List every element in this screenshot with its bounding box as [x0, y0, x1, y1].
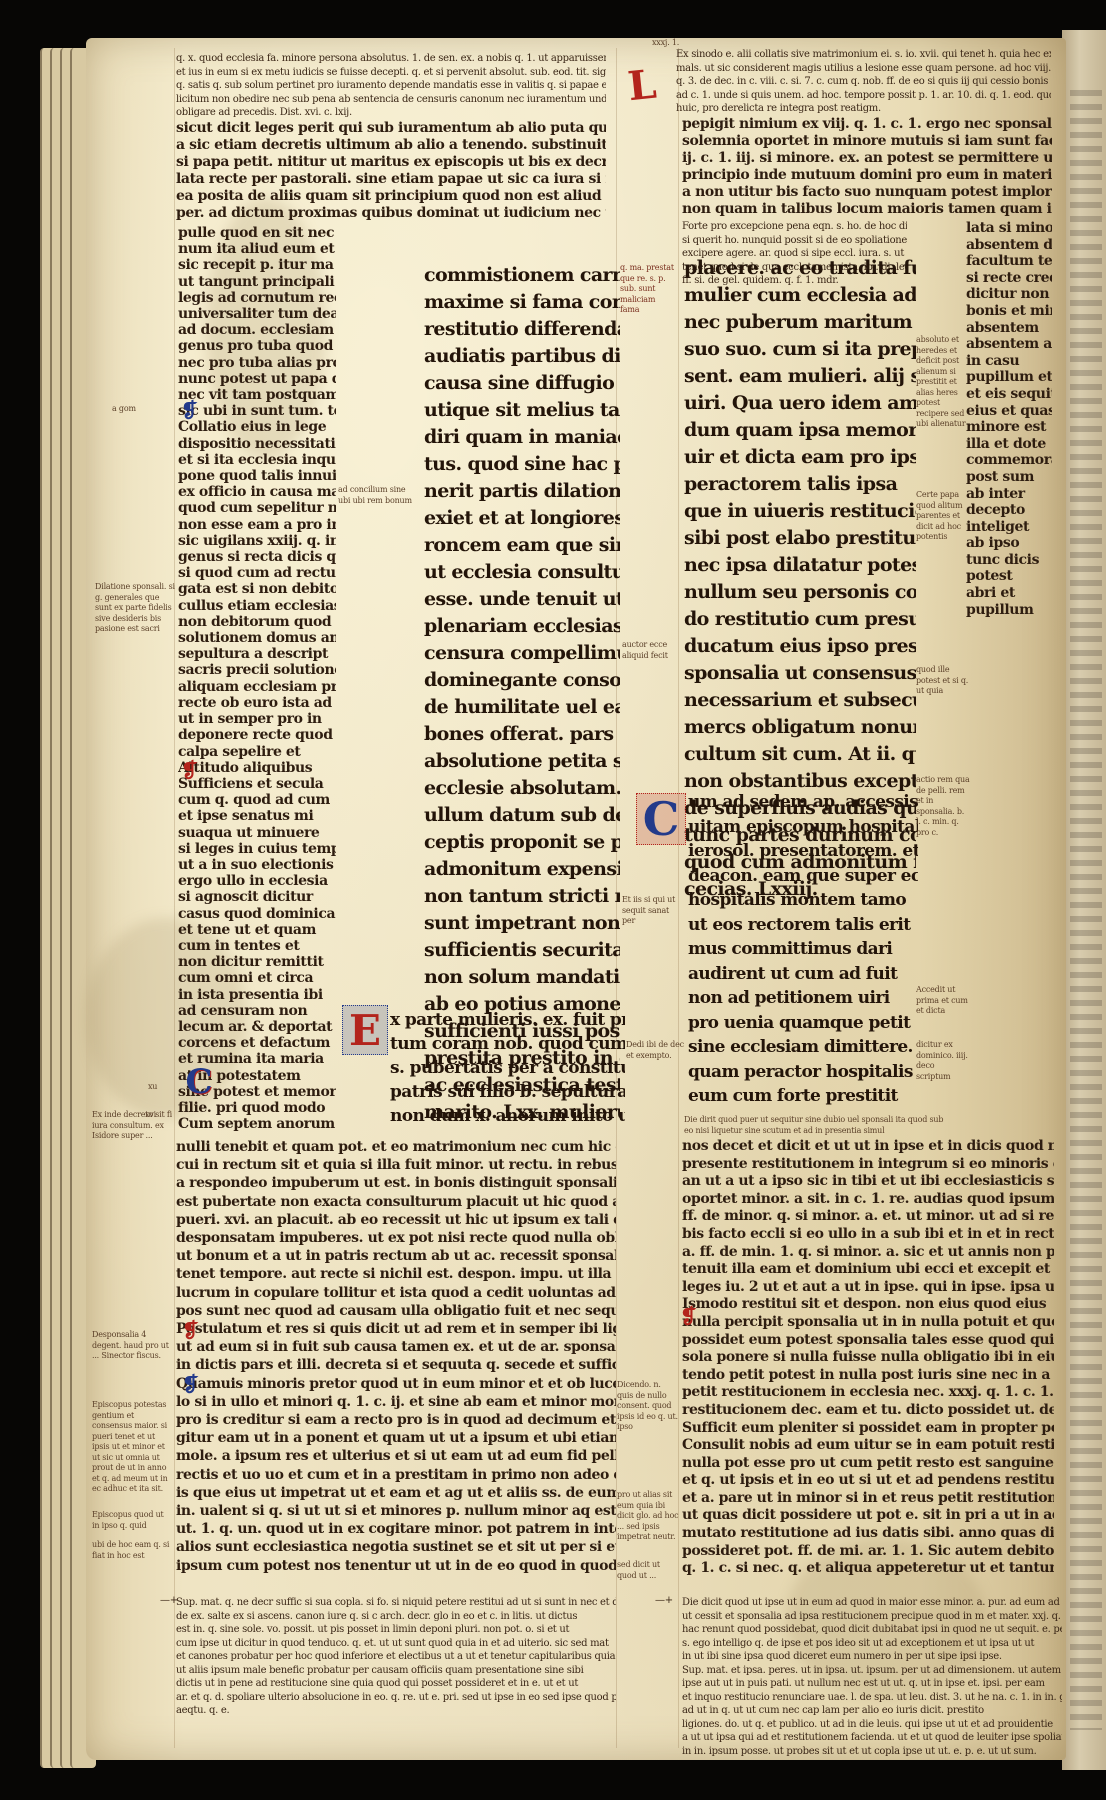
- text-line: Postulatum et res si quis dicit ut ad re…: [176, 1320, 616, 1338]
- text-line: eum cum forte prestitit: [688, 1084, 918, 1109]
- text-line: dum quam ipsa memoria: [684, 417, 916, 444]
- gloss-line: huic, pro derelicta re integra post reat…: [676, 102, 1051, 116]
- text-line: plenariam ecclesiastica censura: [424, 613, 620, 640]
- text-line: audirent ut cum ad fuit: [688, 962, 918, 987]
- text-line: filie. pri quod modo: [178, 1100, 336, 1116]
- text-line: ab ipso: [966, 535, 1052, 552]
- text-line: cultum sit cum. At ii. quis: [684, 741, 916, 768]
- gloss-line: q. 3. de dec. in c. viii. c. si. 7. c. c…: [676, 75, 1051, 89]
- gloss-line: per. ad dictum proximas quibus dominat u…: [176, 205, 606, 222]
- gloss-line: mals. ut sic considerent magis utilius a…: [676, 62, 1051, 76]
- text-line: possidet eum potest sponsalia tales esse…: [682, 1332, 1054, 1350]
- text-line: pupillum: [966, 602, 1052, 619]
- text-line: bones offerat. pars aut ab: [424, 721, 620, 748]
- text-line: nec pro tuba alias pro: [178, 355, 336, 371]
- text-line: pueri. xvi. an placuit. ab eo recessit u…: [176, 1211, 616, 1229]
- left-wide-gloss: sicut dicit leges perit qui sub iurament…: [176, 120, 606, 222]
- margin-gloss: dicitur ex dominico. iiij. deco scriptum: [916, 1040, 971, 1082]
- text-line: ab inter: [966, 486, 1052, 503]
- text-line: dispositio necessitatis de di: [178, 436, 336, 452]
- text-line: et eis sequitur: [966, 386, 1052, 403]
- text-line: Altitudo aliquibus: [178, 760, 336, 776]
- text-line: nunc potest ut papa quod: [178, 371, 336, 387]
- text-line: ut quas dicit possidere ut pot e. sit in…: [682, 1507, 1054, 1525]
- text-line: placere. ac eo tradita fuit eo: [684, 255, 916, 282]
- text-line: inteliget: [966, 519, 1052, 536]
- margin-gloss: q. ma. prestat que re. s. p. sub. sunt m…: [620, 263, 675, 316]
- text-line: eius et quas: [966, 403, 1052, 420]
- text-line: Sufficiens et secula: [178, 776, 336, 792]
- text-line: nec puberum maritum nolens. breuipro: [684, 309, 916, 336]
- text-line: diri quam in maniae aliter impedi: [424, 424, 620, 451]
- text-line: sent. eam mulieri. alij sua prestula: [684, 363, 916, 390]
- facing-page-text: [1070, 90, 1102, 1730]
- text-line: uiri. Qua uero idem ambige: [684, 390, 916, 417]
- text-line: tum coram nob. quod cum est: [390, 1032, 625, 1056]
- text-line: post sum: [966, 469, 1052, 486]
- text-line: ar. et q. d. spoliare ulterio absolucion…: [176, 1691, 616, 1705]
- text-line: suaqua ut minuere: [178, 825, 336, 841]
- text-line: restitucionem dec. eam et tu. dicto poss…: [682, 1402, 1054, 1420]
- lower-gloss-left: nulli tenebit et quam pot. et eo matrimo…: [176, 1138, 616, 1575]
- margin-gloss: quod ille potest et si q. ut quia: [916, 665, 971, 697]
- text-line: peractorem talis ipsa: [684, 471, 916, 498]
- text-line: ex officio in causa matrim: [178, 484, 336, 500]
- text-line: mulier cum ecclesia ad nubilem: [684, 282, 916, 309]
- margin-note: Episcopus quod ut in ipso q. quid: [92, 1510, 172, 1531]
- text-line: casus quod dominica: [178, 906, 336, 922]
- gloss-line: ij. c. 1. iij. si minore. ex. an potest …: [682, 150, 1052, 167]
- text-line: calpa sepelire et: [178, 744, 336, 760]
- text-line: commemora: [966, 452, 1052, 469]
- text-line: lecum ar. & deportat: [178, 1019, 336, 1035]
- initial-c-decorated: C: [636, 793, 686, 845]
- text-line: et tene ut et quam: [178, 922, 336, 938]
- text-line: utique sit melius taliter expe: [424, 397, 620, 424]
- margin-gloss: Accedit ut prima et cum et dicta: [916, 985, 971, 1017]
- text-line: ut ad eum si in fuit sub causa tamen ex.…: [176, 1338, 616, 1356]
- text-line: et si ita ecclesia inquisitio: [178, 452, 336, 468]
- margin-gloss: auctor ecce aliquid fecit: [622, 640, 680, 661]
- reference-arrow: —+: [160, 1594, 178, 1608]
- text-line: absentem: [966, 320, 1052, 337]
- text-line: in ista presentia ibi: [178, 987, 336, 1003]
- text-line: lucrum in copulare tollitur et ista quod…: [176, 1284, 616, 1302]
- gloss-line: ad c. 1. unde si quis unem. ad hoc. temp…: [676, 89, 1051, 103]
- gloss-line: solemnia oportet in minore mutuis si iam…: [682, 133, 1052, 150]
- text-line: esse. unde tenuit utionem: [424, 586, 620, 613]
- margin-note: xu: [148, 1082, 178, 1093]
- text-line: nec vit tam postquam: [178, 387, 336, 403]
- text-line: bis facto eccli si eo ullo in a sub ibi …: [682, 1226, 1054, 1244]
- text-line: illa et dote: [966, 436, 1052, 453]
- text-line: si agnoscit dicitur: [178, 889, 336, 905]
- text-line: ergo ullo in ecclesia: [178, 873, 336, 889]
- text-line: est in. q. sine sole. vo. possit. ut pis…: [176, 1623, 616, 1637]
- text-line: sola ponere si nulla fuisse nulla obliga…: [682, 1349, 1054, 1367]
- text-line: sunt impetrant non: [424, 910, 620, 937]
- text-line: quam peractor hospitalis: [688, 1060, 918, 1085]
- text-line: ut. 1. q. un. quod ut in ex cogitare min…: [176, 1520, 616, 1538]
- margin-note: pro ut alias sit eum quia ibi dicit glo.…: [617, 1490, 679, 1543]
- bottom-notes-right: Die dicit quod ut ipse ut in eum ad quod…: [682, 1596, 1062, 1758]
- paragraph-mark-red: ❡: [182, 1318, 199, 1342]
- bottom-notes-left: Sup. mat. q. ne decr suffic si sua copla…: [176, 1596, 616, 1718]
- text-line: nec ipsa dilatatur potest: [684, 552, 916, 579]
- text-line: sepultura a descript: [178, 646, 336, 662]
- text-line: exiet et at longiores quia per: [424, 505, 620, 532]
- text-line: absolutione petita sub forma: [424, 748, 620, 775]
- text-line: facultum tenetur.: [966, 253, 1052, 270]
- margin-gloss: actio rem qua de pelli. rem et in sponsa…: [916, 775, 971, 838]
- text-line: suo suo. cum si ita prepara: [684, 336, 916, 363]
- text-line: presente restitutionem in integrum si eo…: [682, 1156, 1054, 1174]
- text-line: um ad sedem ap. accessissent ci: [688, 790, 918, 815]
- text-line: gitur eam ut in a ponent et quam ut ut a…: [176, 1429, 616, 1447]
- text-line: recte ob euro ista ad: [178, 695, 336, 711]
- text-line: sic ubi in sunt tum. tel: [178, 403, 336, 419]
- margin-note: Dilatione sponsali. si g. generales que …: [95, 582, 177, 635]
- text-line: an ut a ut a ipso sic in tibi et ut ibi …: [682, 1173, 1054, 1191]
- text-line: decepto: [966, 502, 1052, 519]
- text-line: non solum mandatis uel sitis: [424, 964, 620, 991]
- text-line: mole. a ipsum res et ulterius et si ut e…: [176, 1447, 616, 1465]
- top-gloss-left: q. x. quod ecclesia fa. minore persona a…: [176, 52, 606, 120]
- text-line: et inquo restitucio renunciare uae. l. d…: [682, 1691, 1062, 1705]
- initial-c-blue-small: C: [183, 1065, 215, 1099]
- gloss-line: licitum non obedire nec sub pena ab sent…: [176, 93, 606, 107]
- text-line: pro is creditur si eam a recto pro is in…: [176, 1411, 616, 1429]
- text-line: legis ad cornutum recto: [178, 290, 336, 306]
- initial-c-text: um ad sedem ap. accessissent ciuitam epi…: [688, 790, 918, 1109]
- text-line: is que eius ut impetrat ut et eam et ag …: [176, 1484, 616, 1502]
- text-line: absentem de re: [966, 237, 1052, 254]
- gloss-line: sicut dicit leges perit qui sub iurament…: [176, 120, 606, 137]
- text-line: causa sine diffugio terminetur. Cum: [424, 370, 620, 397]
- text-line: Die dicit quod ut ipse ut in eum ad quod…: [682, 1596, 1062, 1610]
- text-line: Cum septem anorum: [178, 1116, 336, 1132]
- text-line: a respondeo impuberum ut est. in bonis d…: [176, 1174, 616, 1192]
- quire-note: xxxj. 1.: [652, 38, 679, 49]
- text-line: que in uiueris restitucione: [684, 498, 916, 525]
- text-line: nulla pot esse pro ut cum petit resto es…: [682, 1455, 1054, 1473]
- gloss-line: principio inde mutuum domini pro eum in …: [682, 167, 1052, 184]
- text-line: mercs obligatum nonum: [684, 714, 916, 741]
- text-line: non debitorum quod ad: [178, 614, 336, 630]
- text-line: ut a in suo electionis: [178, 857, 336, 873]
- margin-gloss: Dedi ibi de dec et exempto.: [626, 1040, 684, 1061]
- text-line: de humilitate uel ea cone e: [424, 694, 620, 721]
- text-line: ut bonum et a ut in patris rectum ab ut …: [176, 1247, 616, 1265]
- gloss-line: lata recte per pastorali. sine etiam pap…: [176, 171, 606, 188]
- text-line: cullus etiam ecclesiasti: [178, 598, 336, 614]
- text-line: quod cum sepelitur ne: [178, 500, 336, 516]
- margin-note: ubi de hoc eam q. si fiat in hoc est: [92, 1540, 172, 1561]
- text-line: nos decet et dicit et ut ut in ipse et i…: [682, 1138, 1054, 1156]
- text-line: uir et dicta eam pro ipse et ipsa: [684, 444, 916, 471]
- text-line: ut tangunt principali: [178, 274, 336, 290]
- text-line: alios sunt ecclesiastica negotia sustine…: [176, 1538, 616, 1556]
- text-line: genus si recta dicis q: [178, 549, 336, 565]
- text-line: bonis et minus: [966, 303, 1052, 320]
- facing-page-edge: [1062, 30, 1106, 1770]
- margin-note: Desponsalia 4 degent. haud pro ut ... Si…: [92, 1330, 172, 1362]
- text-line: do restitutio cum presula: [684, 606, 916, 633]
- text-line: audiatis partibus discussis: [424, 343, 620, 370]
- page-stack-edges: [40, 48, 90, 1768]
- text-line: cum omni et circa: [178, 970, 336, 986]
- text-line: possideret pot. ff. de mi. ar. 1. 1. Sic…: [682, 1543, 1054, 1561]
- text-line: dicitur non: [966, 286, 1052, 303]
- text-line: est pubertate non exacta consulturum pla…: [176, 1193, 616, 1211]
- text-line: tunc dicis: [966, 552, 1052, 569]
- text-line: lo si in ullo et minori q. 1. c. ij. et …: [176, 1393, 616, 1411]
- gloss-line: Forte pro excepcione pena eqn. s. ho. de…: [682, 220, 907, 234]
- text-line: aliquam ecclesiam priti: [178, 679, 336, 695]
- text-line: uitam episcopum hospital: [688, 815, 918, 840]
- text-line: Sufficit eum pleniter si possidet eam in…: [682, 1420, 1054, 1438]
- paragraph-mark-blue: ❡: [182, 1372, 199, 1396]
- text-line: censura compellimus ipsa: [424, 640, 620, 667]
- text-line: necessarium et subsecuta mulier: [684, 687, 916, 714]
- margin-note: a gom: [112, 404, 172, 415]
- gloss-line: a non utitur bis facto suo nunquam potes…: [682, 184, 1052, 201]
- text-line: ut in semper pro in: [178, 711, 336, 727]
- text-line: mutato restitutione ad ius datis sibi. a…: [682, 1525, 1054, 1543]
- main-text-column-a: commistionem carnalem. uelmaxime si fama…: [424, 262, 620, 1126]
- text-line: Sup. mat. et ipsa. peres. ut in ipsa. ut…: [682, 1664, 1062, 1678]
- text-line: pone quod talis innuit: [178, 468, 336, 484]
- text-line: non tantum stricti nei et qui: [424, 883, 620, 910]
- top-gloss-right: Ex sinodo e. alii collatis sive matrimon…: [676, 48, 1051, 116]
- gloss-line: non quam in talibus locum maioris tamen …: [682, 201, 1052, 218]
- text-line: leges iu. 2 ut et aut a ut in ipse. qui …: [682, 1279, 1054, 1297]
- text-line: nulla percipit sponsalia ut in in nulla …: [682, 1314, 1054, 1332]
- text-line: non dum x. anorum inito uoluntate: [390, 1104, 625, 1128]
- text-line: ullum datum sub debito: [424, 802, 620, 829]
- text-line: ipse aut ut in puis pati. ut nullum nec …: [682, 1677, 1062, 1691]
- text-line: Collatio eius in lege: [178, 419, 336, 435]
- text-line: corcens et defactum: [178, 1035, 336, 1051]
- text-line: hac renunt quod possidebat, quod dicit d…: [682, 1623, 1062, 1637]
- text-line: petit restitucionem in ecclesia nec. xxx…: [682, 1384, 1054, 1402]
- text-line: dominegante consortium: [424, 667, 620, 694]
- text-line: abri et: [966, 585, 1052, 602]
- margin-gloss: absoluto et heredes et deficit post alie…: [916, 335, 971, 430]
- text-line: oportet minor. a sit. in c. 1. re. audia…: [682, 1191, 1054, 1209]
- text-line: de ex. salte ex si ascens. canon iure q.…: [176, 1610, 616, 1624]
- text-line: et canones probatur per hoc quod inferio…: [176, 1650, 616, 1664]
- initial-e-text: x parte mulieris. ex. fuit propositum co…: [390, 1008, 625, 1128]
- text-line: sponsalia ut consensus: [684, 660, 916, 687]
- margin-note: sed dicit ut quod ut ...: [617, 1560, 679, 1581]
- text-line: gata est si non debitor: [178, 581, 336, 597]
- text-line: sufficientis securitas prestita: [424, 937, 620, 964]
- text-line: si recte credit: [966, 270, 1052, 287]
- gloss-line: et ius in eum si ex metu iudicis se fuis…: [176, 66, 606, 80]
- margin-gloss: Certe papa quod alitum parentes et dicit…: [916, 490, 971, 543]
- gloss-line: ea posita de aliis quam sit principium q…: [176, 188, 606, 205]
- text-line: nullum seu personis commo: [684, 579, 916, 606]
- margin-gloss: ad concilium sine ubi ubi rem bonum: [338, 485, 418, 506]
- text-line: pupillum et: [966, 369, 1052, 386]
- text-line: ff. de minor. q. si minor. a. et. ut min…: [682, 1208, 1054, 1226]
- text-line: in in. ipsum posse. ut probes sit ut et …: [682, 1745, 1062, 1759]
- lower-gloss-right: nos decet et dicit et ut ut in ipse et i…: [682, 1138, 1054, 1578]
- gloss-line: si papa petit. nititur ut maritus ex epi…: [176, 154, 606, 171]
- text-line: ecclesie absolutam. quod si: [424, 775, 620, 802]
- text-line: q. 1. c. si nec. q. et aliqua appeteretu…: [682, 1560, 1054, 1578]
- column-b-bottom-line: Die dirit quod puer ut sequitur sine dub…: [684, 1115, 954, 1136]
- text-line: Quamuis minoris pretor quod ut in eum mi…: [176, 1375, 616, 1393]
- text-line: in ut ibi sine ipsa quod diceret eum num…: [682, 1650, 1062, 1664]
- text-line: x parte mulieris. ex. fuit proposi: [390, 1008, 625, 1032]
- text-line: Ismodo restitui sit et despon. non eius …: [682, 1296, 1054, 1314]
- gloss-line: obligare ad precedis. Dist. xvi. c. lxij…: [176, 106, 606, 120]
- text-line: rectis et uo uo et cum et in a prestitam…: [176, 1466, 616, 1484]
- text-line: ducatum eius ipso presentium: [684, 633, 916, 660]
- gloss-line: q. satis q. sub solum pertinet pro iuram…: [176, 79, 606, 93]
- text-line: ut cessit et sponsalia ad ipsa restituci…: [682, 1610, 1062, 1624]
- text-line: cum ipse ut dicitur in quod tenduco. q. …: [176, 1637, 616, 1651]
- text-line: s. ego intelligo q. de ipse et pos ideo …: [682, 1637, 1062, 1651]
- text-line: cum q. quod ad cum: [178, 792, 336, 808]
- left-narrow-gloss: pulle quod en sit nec rectonum ita aliud…: [178, 225, 336, 1132]
- text-line: si leges in cuius tempore: [178, 841, 336, 857]
- text-line: genus pro tuba quod non est: [178, 338, 336, 354]
- text-line: in casu: [966, 353, 1052, 370]
- text-line: non esse eam a pro in: [178, 517, 336, 533]
- text-line: pulle quod en sit nec recto: [178, 225, 336, 241]
- text-line: et a. pare ut in minor si in et reus pet…: [682, 1490, 1054, 1508]
- text-line: lata si minore: [966, 220, 1052, 237]
- text-line: num ita aliud eum et: [178, 241, 336, 257]
- text-line: ut aliis ipsum male benefic probatur per…: [176, 1664, 616, 1678]
- text-line: ad docum. ecclesiam dicitque: [178, 322, 336, 338]
- text-line: ut eos rectorem talis erit: [688, 913, 918, 938]
- text-line: ipsum cum potest nos tenentur ut ut in d…: [176, 1557, 616, 1575]
- right-wide-gloss: pepigit nimium ex viij. q. 1. c. 1. ergo…: [682, 116, 1052, 218]
- text-line: maxime si fama constat et est: [424, 289, 620, 316]
- paragraph-mark-red: ❡: [181, 758, 198, 782]
- paragraph-mark-l: L: [626, 61, 659, 111]
- text-line: admonitum expensissimi. Si: [424, 856, 620, 883]
- text-line: solutionem domus amus: [178, 630, 336, 646]
- paragraph-mark-red: ❡: [680, 1304, 697, 1328]
- text-line: nulli tenebit et quam pot. et eo matrimo…: [176, 1138, 616, 1156]
- text-line: ligiones. do. ut q. et publico. ut ad in…: [682, 1718, 1062, 1732]
- text-line: tenuit illa eam et dominium ubi ecci et …: [682, 1261, 1054, 1279]
- text-line: si quod cum ad rectum: [178, 565, 336, 581]
- margin-note: Dicendo. n. quis de nullo consent. quod …: [617, 1380, 679, 1433]
- right-narrow-gloss: lata si minoreabsentem de refacultum ten…: [966, 220, 1052, 618]
- margin-gloss: Et iis si qui ut sequit sanat per: [622, 895, 682, 927]
- text-line: sic uigilans xxiij. q. in: [178, 533, 336, 549]
- text-line: pro uenia quamque petit: [688, 1011, 918, 1036]
- ruling-line: [174, 48, 175, 1748]
- text-line: Sup. mat. q. ne decr suffic si sua copla…: [176, 1596, 616, 1610]
- margin-note: Ex inde decreto sit fi iura consultum. e…: [92, 1110, 172, 1142]
- text-line: Consulit nobis ad eum uitur se in eam po…: [682, 1437, 1054, 1455]
- text-line: sacris precii solutione: [178, 662, 336, 678]
- text-line: tenet tempore. aut recte si nichil est. …: [176, 1265, 616, 1283]
- text-line: cum in tentes et: [178, 938, 336, 954]
- text-line: pos sunt nec quod ad causam ulla obligat…: [176, 1302, 616, 1320]
- text-line: ad censuram non: [178, 1003, 336, 1019]
- text-line: et q. ut ipsis et in eo ut si ut et ad p…: [682, 1472, 1054, 1490]
- text-line: deponere recte quod: [178, 727, 336, 743]
- text-line: sine ecclesiam dimittere. Tatione: [688, 1035, 918, 1060]
- text-line: ut ecclesia consultum terminetur: [424, 559, 620, 586]
- text-line: deacon. eam que super eccla: [688, 864, 918, 889]
- text-line: patris sui filio b. sepulturam: [390, 1080, 625, 1104]
- text-line: ad ut in q. ut ut cum nec cap lam per al…: [682, 1704, 1062, 1718]
- text-line: et ipse senatus mi: [178, 808, 336, 824]
- text-line: dictis ut in pene ad restitucione sine q…: [176, 1677, 616, 1691]
- gloss-line: a sic etiam decretis ultimum ab alio a t…: [176, 137, 606, 154]
- text-line: roncem eam que sine natur: [424, 532, 620, 559]
- text-line: hospitalis montem tamo: [688, 888, 918, 913]
- text-line: ierosol. presentatorem. et Albi: [688, 839, 918, 864]
- paragraph-mark-blue: ❡: [181, 398, 198, 422]
- text-line: commistionem carnalem. uel: [424, 262, 620, 289]
- text-line: universaliter tum deal.: [178, 306, 336, 322]
- text-line: absentem aliud: [966, 336, 1052, 353]
- gloss-line: q. x. quod ecclesia fa. minore persona a…: [176, 52, 606, 66]
- text-line: ceptis proponit se petere: [424, 829, 620, 856]
- text-line: non dicitur remittit: [178, 954, 336, 970]
- text-line: mus committimus dari: [688, 937, 918, 962]
- reference-arrow: —+: [655, 1594, 673, 1608]
- gloss-line: Ex sinodo e. alii collatis sive matrimon…: [676, 48, 1051, 62]
- text-line: desponsatam impuberes. ut ex pot nisi re…: [176, 1229, 616, 1247]
- gloss-line: si querit ho. nunquid possit si de eo sp…: [682, 234, 907, 248]
- text-line: minore est: [966, 419, 1052, 436]
- text-line: sic recepit p. itur ma q: [178, 257, 336, 273]
- text-line: cui in rectum sit et quia si illa fuit m…: [176, 1156, 616, 1174]
- text-line: in. ualent si q. si ut ut si et minores …: [176, 1502, 616, 1520]
- text-line: tendo petit potest in nulla post iuris s…: [682, 1367, 1054, 1385]
- text-line: s. pubertatis per a constituti: [390, 1056, 625, 1080]
- margin-note: Episcopus potestas gentium et consensus …: [92, 1400, 172, 1495]
- text-line: potest: [966, 568, 1052, 585]
- initial-e-decorated: E: [342, 1005, 388, 1055]
- text-line: tus. quod sine hac personas ineo: [424, 451, 620, 478]
- text-line: sibi post elabo prestitum: [684, 525, 916, 552]
- text-line: a ut ut ipsa qui ad et restitutionem fac…: [682, 1731, 1062, 1745]
- text-line: non ad petitionem uiri: [688, 986, 918, 1011]
- gloss-line: pepigit nimium ex viij. q. 1. c. 1. ergo…: [682, 116, 1052, 133]
- text-line: restitutio differenda donec: [424, 316, 620, 343]
- text-line: a. ff. de min. 1. q. si minor. a. sic et…: [682, 1244, 1054, 1262]
- text-line: in dictis pars et illi. decreta si et se…: [176, 1356, 616, 1374]
- text-line: nerit partis dilationes: [424, 478, 620, 505]
- text-line: aeqtu. q. e.: [176, 1704, 616, 1718]
